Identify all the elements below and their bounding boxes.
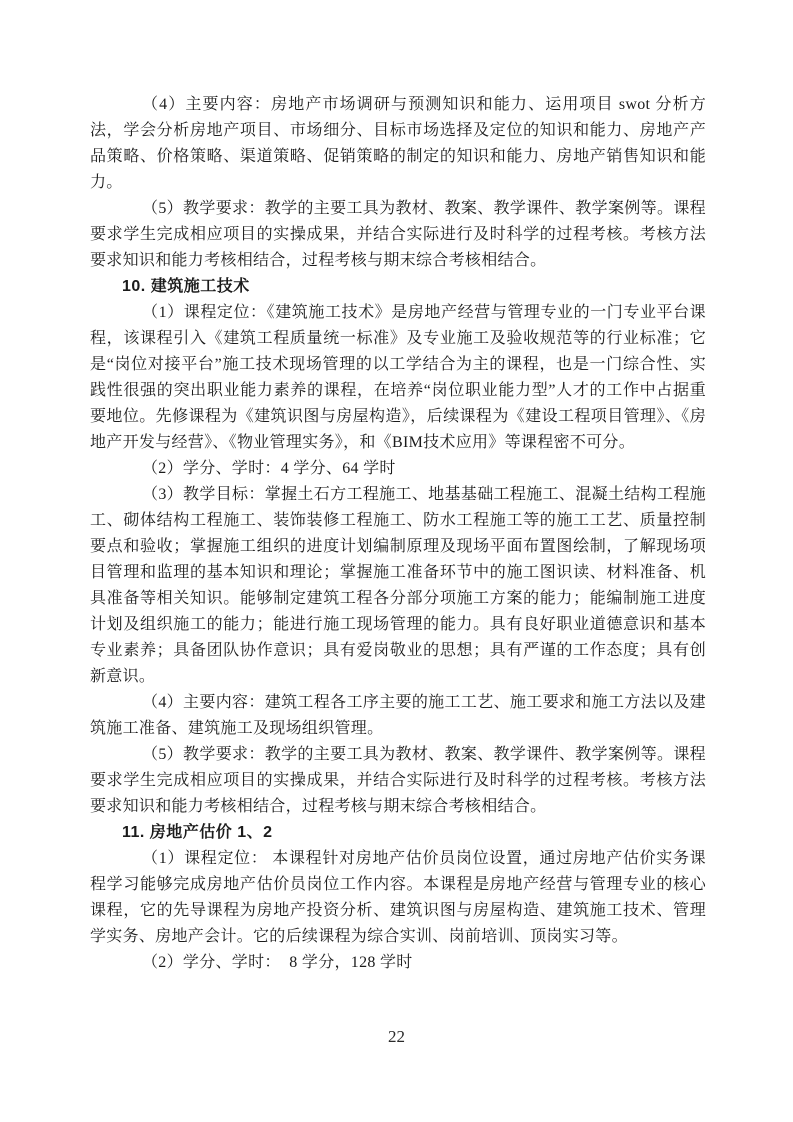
paragraph-credits-hours-11: （2）学分、学时： 8 学分，128 学时 <box>90 950 706 976</box>
paragraph-teaching-req-10: （5）教学要求：教学的主要工具为教材、教案、教学课件、教学案例等。课程要求学生完… <box>90 742 706 820</box>
paragraph-teaching-goals-10: （3）教学目标：掌握土石方工程施工、地基基础工程施工、混凝土结构工程施工、砌体结… <box>90 482 706 690</box>
page-number: 22 <box>0 1026 793 1048</box>
document-page: （4）主要内容：房地产市场调研与预测知识和能力、运用项目 swot 分析方法，学… <box>0 0 793 1122</box>
section-heading-10: 10. 建筑施工技术 <box>90 274 706 300</box>
paragraph-credits-hours-10: （2）学分、学时：4 学分、64 学时 <box>90 456 706 482</box>
paragraph-course-position-11: （1）课程定位： 本课程针对房地产估价员岗位设置，通过房地产估价实务课程学习能够… <box>90 846 706 950</box>
document-body: （4）主要内容：房地产市场调研与预测知识和能力、运用项目 swot 分析方法，学… <box>90 92 706 976</box>
paragraph-teaching-req-9-5: （5）教学要求：教学的主要工具为教材、教案、教学课件、教学案例等。课程要求学生完… <box>90 196 706 274</box>
section-heading-11: 11. 房地产估价 1、2 <box>90 820 706 846</box>
paragraph-course-position-10: （1）课程定位：《建筑施工技术》是房地产经营与管理专业的一门专业平台课程，该课程… <box>90 300 706 456</box>
paragraph-main-content-10: （4）主要内容：建筑工程各工序主要的施工工艺、施工要求和施工方法以及建筑施工准备… <box>90 690 706 742</box>
paragraph-main-content-9-4: （4）主要内容：房地产市场调研与预测知识和能力、运用项目 swot 分析方法，学… <box>90 92 706 196</box>
